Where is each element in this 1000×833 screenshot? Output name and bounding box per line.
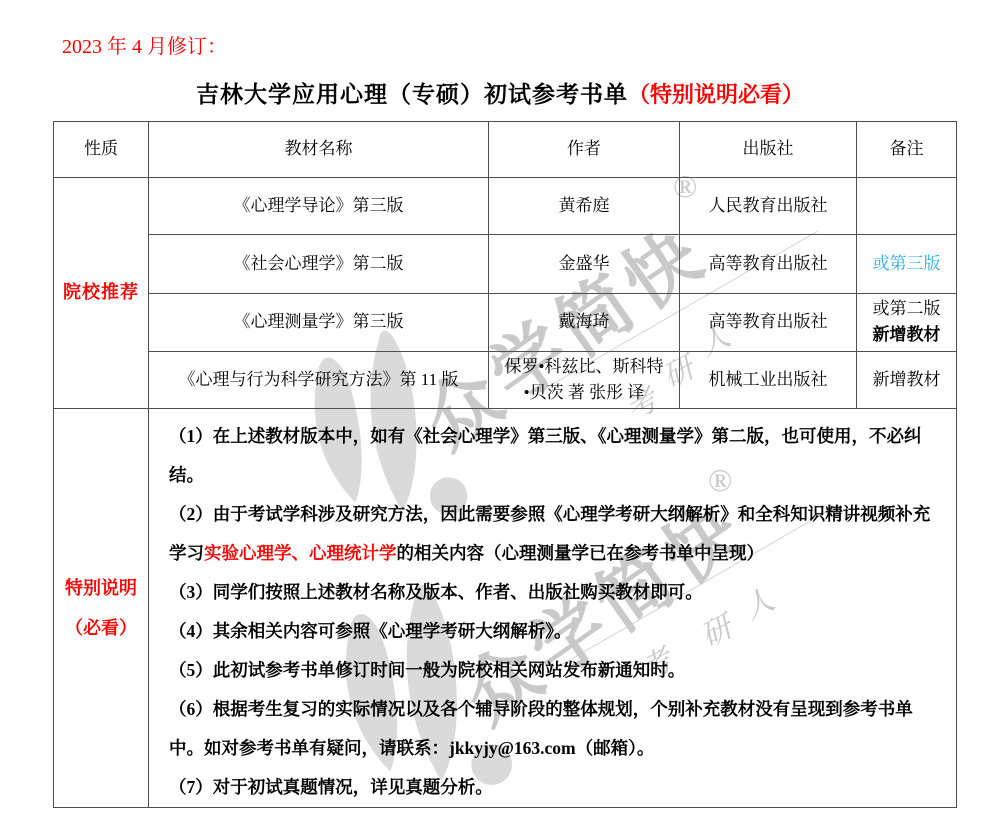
publisher-cell: 高等教育出版社: [680, 294, 857, 352]
author-cell: 黄希庭: [489, 178, 680, 235]
table-row: 《心理与行为科学研究方法》第 11 版 保罗•科兹比、斯科特 •贝茨 著 张彤 …: [54, 351, 957, 409]
remark-new-material: 新增教材: [861, 322, 952, 348]
author-cell: 戴海琦: [489, 294, 680, 352]
col-header-remark: 备注: [857, 122, 957, 178]
table-row: 《心理测量学》第三版 戴海琦 高等教育出版社 或第二版 新增教材: [54, 294, 957, 352]
remark-alt-edition: 或第二版: [861, 296, 952, 322]
page-title-main: 吉林大学应用心理（专硕）初试参考书单: [196, 81, 628, 107]
table-header-row: 性质 教材名称 作者 出版社 备注: [54, 122, 957, 178]
author-cell: 金盛华: [489, 235, 680, 294]
document-page: 众学简快 ® 考 研 人 众学简快 ® 考 研 人 2023 年: [0, 0, 1000, 833]
note-7: （7）对于初试真题情况，详见真题分析。: [169, 768, 942, 807]
author-line: 保罗•科兹比、斯科特: [493, 354, 675, 380]
table-row: 《社会心理学》第二版 金盛华 高等教育出版社 或第三版: [54, 235, 957, 294]
special-notes-cell: （1）在上述教材版本中，如有《社会心理学》第三版、《心理测量学》第二版，也可使用…: [149, 409, 957, 808]
author-cell: 保罗•科兹比、斯科特 •贝茨 著 张彤 译: [489, 351, 680, 409]
note-4: （4）其余相关内容可参照《心理学考研大纲解析》。: [169, 612, 942, 651]
remark-cell: 新增教材: [857, 351, 957, 409]
publisher-cell: 机械工业出版社: [680, 351, 857, 409]
col-header-publisher: 出版社: [680, 122, 857, 178]
special-notes-row: 特别说明 （必看） （1）在上述教材版本中，如有《社会心理学》第三版、《心理测量…: [54, 409, 957, 808]
author-line: •贝茨 著 张彤 译: [493, 380, 675, 406]
page-title-warning: （特别说明必看）: [628, 82, 804, 107]
reference-book-table: 性质 教材名称 作者 出版社 备注 院校推荐 《心理学导论》第三版 黄希庭 人民…: [53, 121, 957, 808]
note-2-highlight: 实验心理学、心理统计学: [204, 543, 397, 563]
page-title: 吉林大学应用心理（专硕）初试参考书单（特别说明必看）: [0, 76, 1000, 110]
book-name-cell: 《心理测量学》第三版: [149, 294, 489, 352]
special-notes-label-line: （必看）: [58, 608, 144, 648]
book-name-cell: 《社会心理学》第二版: [149, 235, 489, 294]
note-2: （2）由于考试学科涉及研究方法，因此需要参照《心理学考研大纲解析》和全科知识精讲…: [169, 495, 942, 573]
remark-cell: 或第三版: [857, 235, 957, 294]
note-2-text: 的相关内容（心理测量学已在参考书单中呈现）: [397, 543, 765, 563]
table-row: 院校推荐 《心理学导论》第三版 黄希庭 人民教育出版社: [54, 178, 957, 235]
group-label-school-recommended: 院校推荐: [54, 178, 149, 409]
special-notes-label-line: 特别说明: [58, 568, 144, 608]
publisher-cell: 人民教育出版社: [680, 178, 857, 235]
publisher-cell: 高等教育出版社: [680, 235, 857, 294]
col-header-nature: 性质: [54, 122, 149, 178]
note-5: （5）此初试参考书单修订时间一般为院校相关网站发布新通知时。: [169, 651, 942, 690]
note-6: （6）根据考生复习的实际情况以及各个辅导阶段的整体规划，个别补充教材没有呈现到参…: [169, 690, 942, 768]
remark-cell: [857, 178, 957, 235]
remark-cell: 或第二版 新增教材: [857, 294, 957, 352]
group-label-special-notes: 特别说明 （必看）: [54, 409, 149, 808]
note-3: （3）同学们按照上述教材名称及版本、作者、出版社购买教材即可。: [169, 573, 942, 612]
col-header-author: 作者: [489, 122, 680, 178]
book-name-cell: 《心理学导论》第三版: [149, 178, 489, 235]
note-1: （1）在上述教材版本中，如有《社会心理学》第三版、《心理测量学》第二版，也可使用…: [169, 417, 942, 495]
revision-date-note: 2023 年 4 月修订：: [62, 30, 227, 59]
book-name-cell: 《心理与行为科学研究方法》第 11 版: [149, 351, 489, 409]
col-header-book-name: 教材名称: [149, 122, 489, 178]
